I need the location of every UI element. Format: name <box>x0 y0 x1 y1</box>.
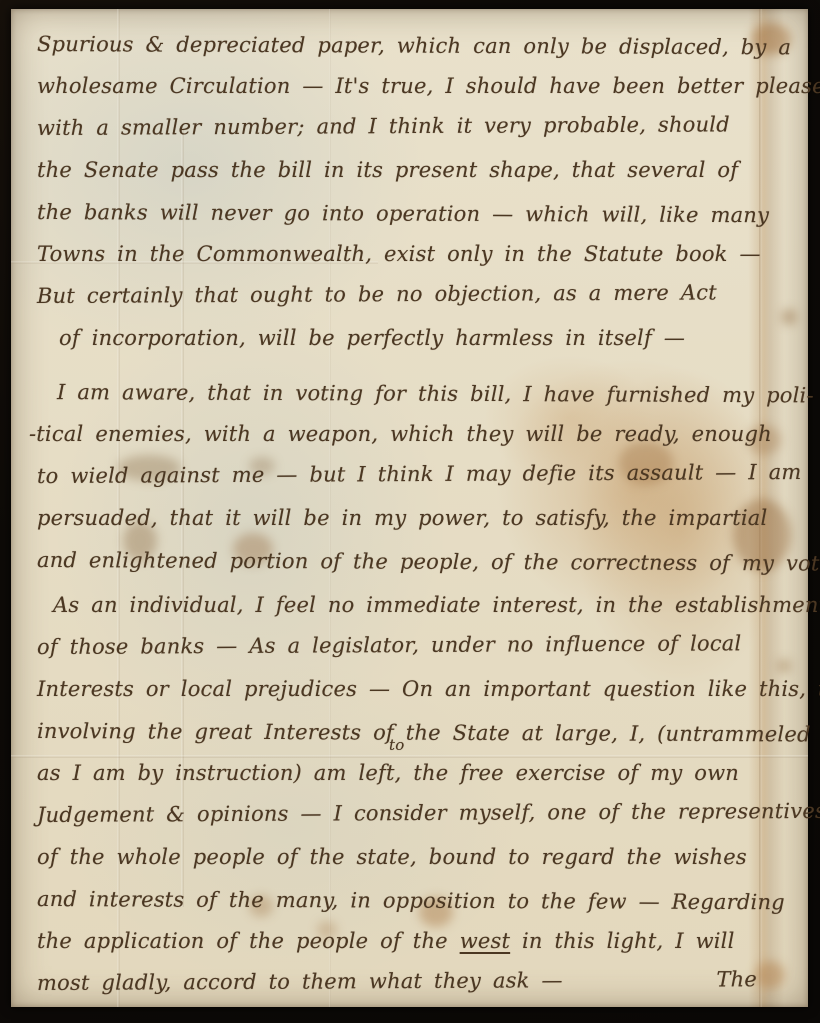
letter-line: of those banks — As a legislator, under … <box>37 622 797 668</box>
line-text: most gladly, accord to them what they as… <box>37 959 563 1004</box>
line-text: Interests or local prejudices — On an im… <box>37 677 820 701</box>
line-text: involving the great Interests of the Sta… <box>37 719 811 746</box>
letter-line: the banks will never go into operation —… <box>37 191 797 236</box>
letter-line: Towns in the Commonwealth, exist only in… <box>37 233 797 275</box>
line-text: But certainly that ought to be no object… <box>37 280 717 308</box>
letter-line: Spurious & depreciated paper, which can … <box>37 23 797 68</box>
line-text: Judgement & opinions — I consider myself… <box>37 799 820 827</box>
letter-line: Interests or local prejudices — On an im… <box>37 668 797 710</box>
letter-line: to as I am by instruction) am left, the … <box>37 752 797 794</box>
letter-line: of incorporation, will be perfectly harm… <box>37 317 797 359</box>
letter-line: -tical enemies, with a weapon, which the… <box>29 413 797 455</box>
letter-line: and enlightened portion of the people, o… <box>37 539 797 584</box>
line-text: of those banks — As a legislator, under … <box>37 631 742 659</box>
letter-line: the application of the people of the wes… <box>37 920 797 962</box>
line-text: Towns in the Commonwealth, exist only in… <box>37 242 761 266</box>
letter-line: most gladly, accord to them what they as… <box>37 958 797 1004</box>
letter-line: But certainly that ought to be no object… <box>37 271 797 317</box>
letter-line: wholesame Circulation — It's true, I sho… <box>37 65 797 107</box>
letter-page: Spurious & depreciated paper, which can … <box>11 9 808 1007</box>
line-text: -tical enemies, with a weapon, which the… <box>29 422 772 446</box>
underlined-word: west <box>460 929 510 953</box>
letter-line: with a smaller number; and I think it ve… <box>37 103 797 149</box>
letter-line: the Senate pass the bill in its present … <box>37 149 797 191</box>
inserted-word: to <box>389 738 404 753</box>
line-text: I am aware, that in voting for this bill… <box>57 380 814 407</box>
letter-line: involving the great Interests of the Sta… <box>37 710 797 755</box>
line-text: Spurious & depreciated paper, which can … <box>37 32 791 59</box>
line-text: and enlightened portion of the people, o… <box>37 548 820 576</box>
letter-text: Spurious & depreciated paper, which can … <box>37 23 797 1004</box>
letter-line: to wield against me — but I think I may … <box>37 451 797 497</box>
line-text: As an individual, I feel no immediate in… <box>53 593 820 617</box>
line-text: wholesame Circulation — It's true, I sho… <box>37 74 820 98</box>
line-text: in this light, I will <box>510 929 734 953</box>
letter-line: Judgement & opinions — I consider myself… <box>37 790 797 836</box>
line-text: the Senate pass the bill in its present … <box>37 158 738 182</box>
line-text: the application of the people of the <box>37 929 460 953</box>
letter-line: of the whole people of the state, bound … <box>37 836 797 878</box>
line-text: the banks will never go into operation —… <box>37 200 769 227</box>
letter-line: and interests of the many, in opposition… <box>37 878 797 923</box>
line-text: with a smaller number; and I think it ve… <box>37 112 730 140</box>
line-text: of incorporation, will be perfectly harm… <box>59 326 685 350</box>
letter-line: I am aware, that in voting for this bill… <box>37 371 797 416</box>
line-text: to wield against me — but I think I may … <box>37 460 802 488</box>
line-text: of the whole people of the state, bound … <box>37 845 747 869</box>
line-text: as I am by instruction) am left, the fre… <box>37 761 739 785</box>
line-text: and interests of the many, in opposition… <box>37 887 785 914</box>
letter-line: As an individual, I feel no immediate in… <box>37 584 797 626</box>
line-text: persuaded, that it will be in my power, … <box>37 506 767 530</box>
catchword: The <box>716 958 757 1000</box>
letter-line: persuaded, that it will be in my power, … <box>37 497 797 539</box>
